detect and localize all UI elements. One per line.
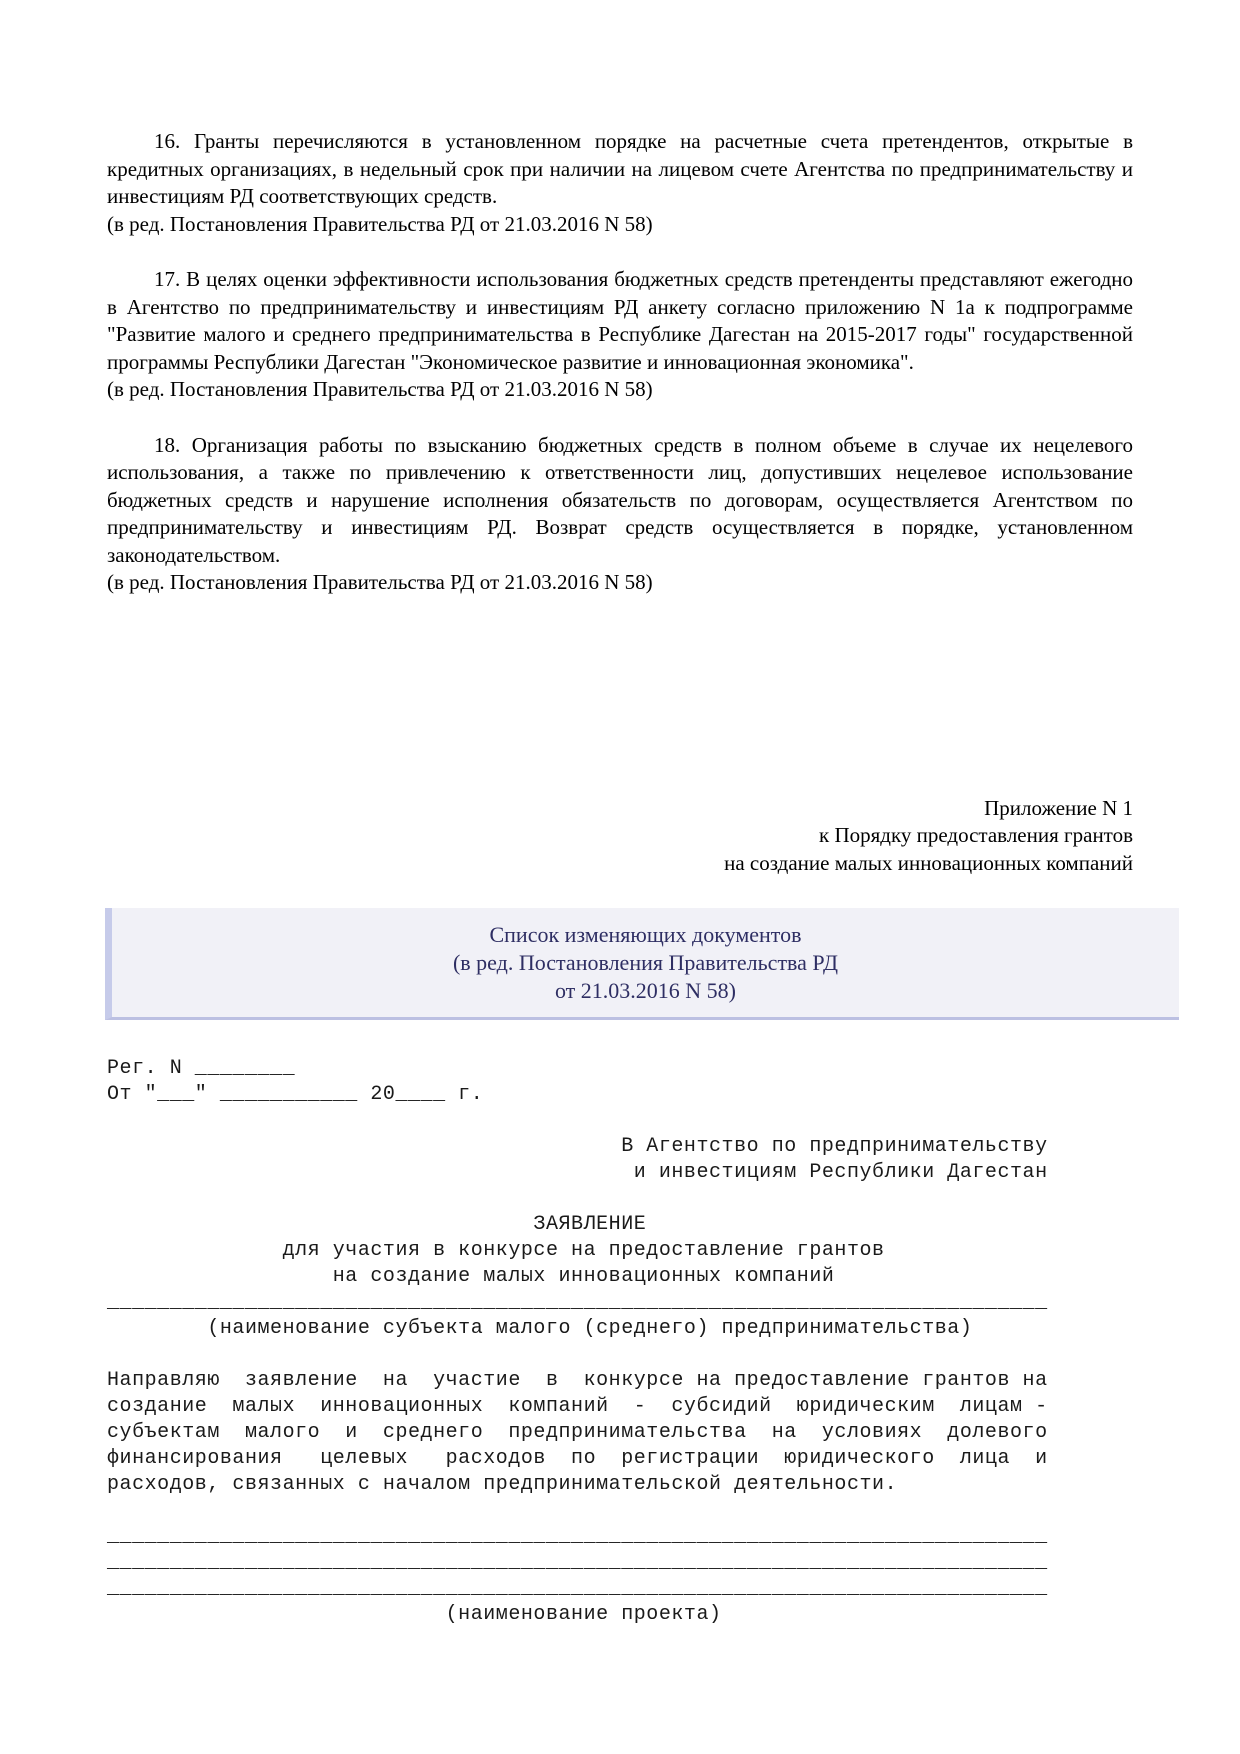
amending-documents-box: Список изменяющих документов (в ред. Пос…	[105, 908, 1179, 1020]
paragraph-16: 16. Гранты перечисляются в установленном…	[107, 128, 1133, 238]
addressee-block: В Агентство по предпринимательству и инв…	[107, 1134, 1133, 1186]
paragraph-16-amendment-note: (в ред. Постановления Правительства РД о…	[107, 211, 1133, 239]
application-form: Рег. N ________ От "___" ___________ 20_…	[107, 1056, 1133, 1628]
paragraph-17-amendment-note: (в ред. Постановления Правительства РД о…	[107, 376, 1133, 404]
application-body-text: Направляю заявление на участие в конкурс…	[107, 1368, 1133, 1498]
paragraph-18-amendment-note: (в ред. Постановления Правительства РД о…	[107, 569, 1133, 597]
amending-documents-box-text: Список изменяющих документов (в ред. Пос…	[122, 921, 1169, 1005]
registration-number-fields: Рег. N ________ От "___" ___________ 20_…	[107, 1056, 1133, 1108]
appendix-heading: Приложение N 1 к Порядку предоставления …	[107, 795, 1133, 878]
paragraph-17-text: 17. В целях оценки эффективности использ…	[107, 266, 1133, 376]
paragraph-18: 18. Организация работы по взысканию бюдж…	[107, 432, 1133, 597]
applicant-name-line: ________________________________________…	[107, 1290, 1133, 1342]
paragraph-18-text: 18. Организация работы по взысканию бюдж…	[107, 432, 1133, 570]
application-title: ЗАЯВЛЕНИЕ для участия в конкурсе на пред…	[107, 1212, 1133, 1290]
document-page: 16. Гранты перечисляются в установленном…	[0, 0, 1240, 1754]
paragraph-16-text: 16. Гранты перечисляются в установленном…	[107, 128, 1133, 211]
paragraph-17: 17. В целях оценки эффективности использ…	[107, 266, 1133, 404]
project-name-lines: ________________________________________…	[107, 1524, 1133, 1628]
